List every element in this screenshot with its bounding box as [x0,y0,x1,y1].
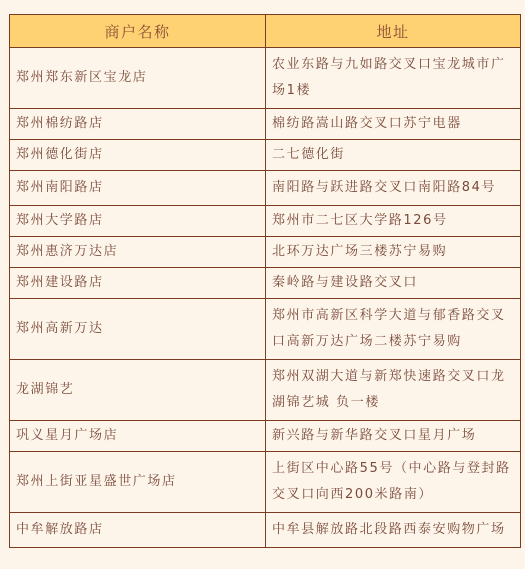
address-cell: 新兴路与新华路交叉口星月广场 [266,421,521,452]
store-name-cell: 郑州建设路店 [10,268,266,299]
address-cell: 中牟县解放路北段路西泰安购物广场 [266,513,521,548]
store-name-cell: 郑州德化街店 [10,140,266,171]
table-row: 郑州南阳路店 南阳路与跃进路交叉口南阳路84号 [10,171,521,206]
address-cell: 棉纺路嵩山路交叉口苏宁电器 [266,109,521,140]
store-name-cell: 郑州棉纺路店 [10,109,266,140]
header-address: 地址 [266,15,521,48]
store-name-cell: 郑州高新万达 [10,299,266,360]
store-name-cell: 巩义星月广场店 [10,421,266,452]
address-cell: 二七德化街 [266,140,521,171]
address-cell: 南阳路与跃进路交叉口南阳路84号 [266,171,521,206]
address-cell: 北环万达广场三楼苏宁易购 [266,237,521,268]
store-name-cell: 中牟解放路店 [10,513,266,548]
store-name-cell: 郑州大学路店 [10,206,266,237]
table-row: 郑州郑东新区宝龙店 农业东路与九如路交叉口宝龙城市广场1楼 [10,48,521,109]
address-cell: 农业东路与九如路交叉口宝龙城市广场1楼 [266,48,521,109]
table-row: 郑州大学路店 郑州市二七区大学路126号 [10,206,521,237]
store-name-cell: 郑州惠济万达店 [10,237,266,268]
table-row: 郑州上街亚星盛世广场店 上街区中心路55号（中心路与登封路交叉口向西200米路南… [10,452,521,513]
table-row: 郑州棉纺路店 棉纺路嵩山路交叉口苏宁电器 [10,109,521,140]
address-cell: 上街区中心路55号（中心路与登封路交叉口向西200米路南） [266,452,521,513]
table-row: 中牟解放路店 中牟县解放路北段路西泰安购物广场 [10,513,521,548]
store-address-table: 商户名称 地址 郑州郑东新区宝龙店 农业东路与九如路交叉口宝龙城市广场1楼 郑州… [9,14,521,548]
table-row: 郑州建设路店 秦岭路与建设路交叉口 [10,268,521,299]
table-row: 郑州惠济万达店 北环万达广场三楼苏宁易购 [10,237,521,268]
store-name-cell: 郑州郑东新区宝龙店 [10,48,266,109]
address-cell: 郑州双湖大道与新郑快速路交叉口龙湖锦艺城 负一楼 [266,360,521,421]
table-header-row: 商户名称 地址 [10,15,521,48]
store-table-container: 商户名称 地址 郑州郑东新区宝龙店 农业东路与九如路交叉口宝龙城市广场1楼 郑州… [9,14,520,548]
table-row: 龙湖锦艺 郑州双湖大道与新郑快速路交叉口龙湖锦艺城 负一楼 [10,360,521,421]
table-row: 郑州德化街店 二七德化街 [10,140,521,171]
header-store-name: 商户名称 [10,15,266,48]
address-cell: 郑州市高新区科学大道与郁香路交叉口高新万达广场二楼苏宁易购 [266,299,521,360]
address-cell: 郑州市二七区大学路126号 [266,206,521,237]
address-cell: 秦岭路与建设路交叉口 [266,268,521,299]
table-row: 巩义星月广场店 新兴路与新华路交叉口星月广场 [10,421,521,452]
table-row: 郑州高新万达 郑州市高新区科学大道与郁香路交叉口高新万达广场二楼苏宁易购 [10,299,521,360]
store-name-cell: 郑州南阳路店 [10,171,266,206]
store-name-cell: 郑州上街亚星盛世广场店 [10,452,266,513]
store-name-cell: 龙湖锦艺 [10,360,266,421]
